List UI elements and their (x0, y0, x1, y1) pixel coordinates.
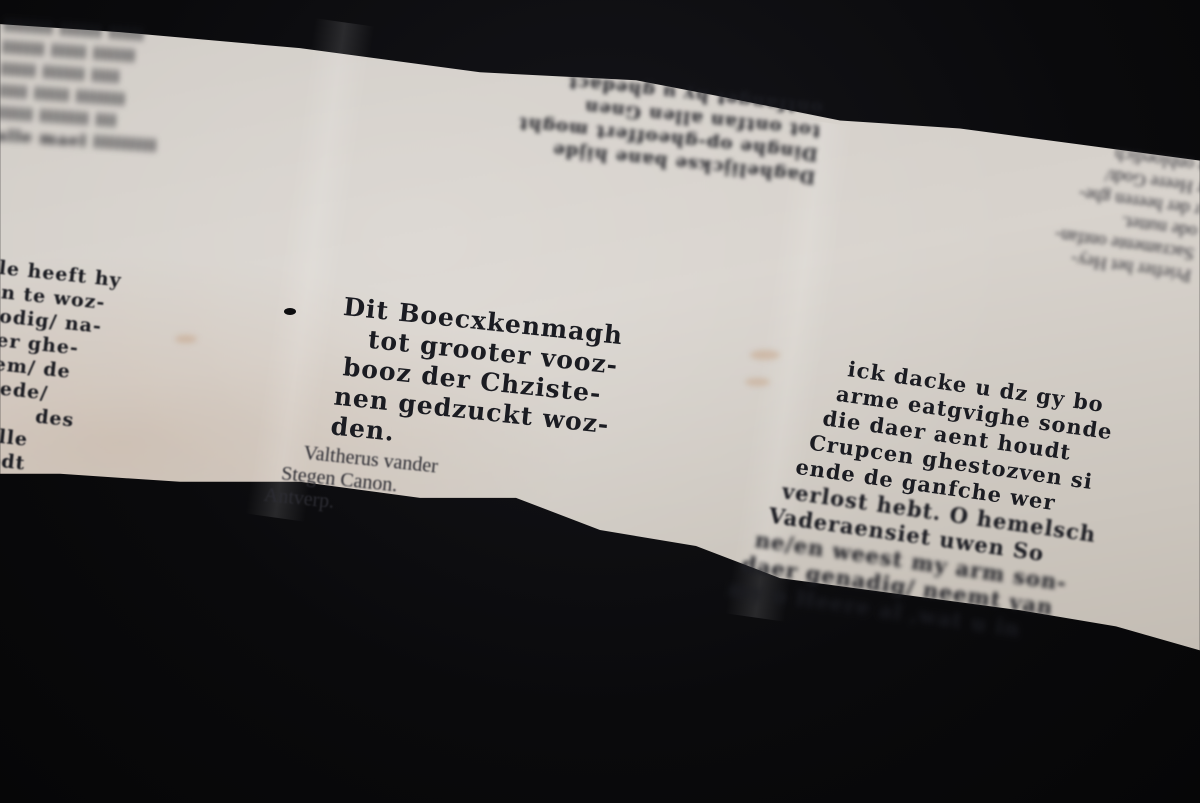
top-left-text-block: lllllll llllll lllll llllll lllll llllll… (0, 15, 166, 158)
center-title-text: Dit Boecxkenmagh tot grooter vooz- booz … (329, 292, 624, 471)
paper-hole (284, 308, 296, 315)
paper-stain (750, 350, 780, 360)
right-column-text: ick dacke u dz gy bo arme eatgvighe sond… (784, 352, 1118, 651)
paper-stain (175, 335, 197, 343)
paper-stain (745, 378, 770, 386)
